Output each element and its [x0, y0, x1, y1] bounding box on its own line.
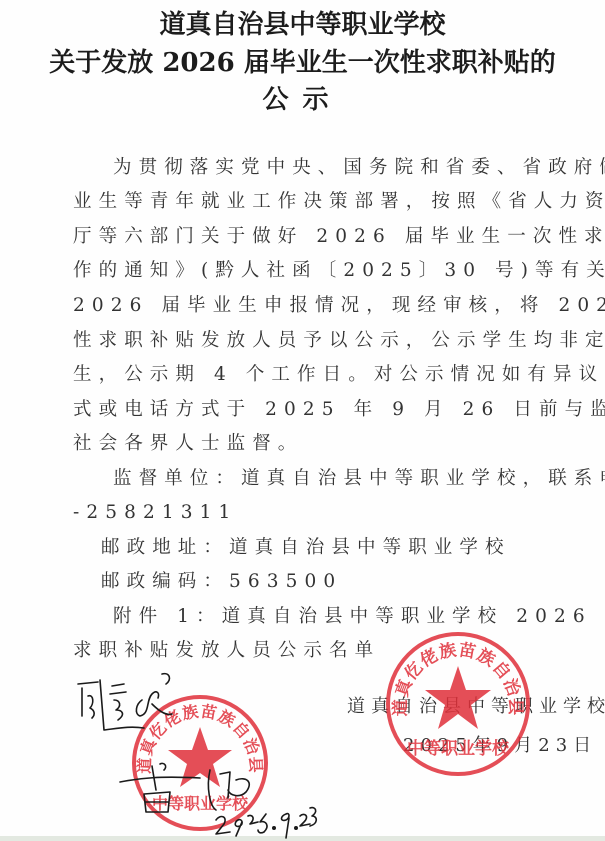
- body-line: 社会各界人士监督。: [73, 432, 543, 456]
- document-page: 道真自治县中等职业学校 关于发放 2026 届毕业生一次性求职补贴的 公示 为贯…: [0, 0, 605, 836]
- title-line-3: 公示: [0, 85, 605, 115]
- supervisor-phone-line: -25821311: [73, 501, 543, 525]
- supervisor-line: 监督单位：道真自治县中等职业学校，联系电话：0851: [113, 467, 583, 491]
- body-line: 作的通知》(黔人社函〔2025〕30 号)等有关要求，结合我校: [73, 259, 543, 283]
- body-line: 为贯彻落实党中央、国务院和省委、省政府做好高校毕: [113, 156, 583, 180]
- title-line-1: 道真自治县中等职业学校: [0, 10, 605, 40]
- body-line: 业生等青年就业工作决策部署，按照《省人力资源社会保障: [73, 190, 543, 214]
- title-line-2: 关于发放 2026 届毕业生一次性求职补贴的: [0, 48, 605, 78]
- official-stamp-icon: 道真仡佬族苗族自治县 中等职业学校: [384, 630, 532, 778]
- body-line: 2026 届毕业生申报情况，现经审核，将 2026 届毕业生一次: [73, 294, 543, 318]
- body-line: 式或电话方式于 2025 年 9 月 26 日前与监督单位联系，欢迎: [73, 398, 543, 422]
- svg-text:中等职业学校: 中等职业学校: [407, 738, 510, 759]
- handwritten-signature-icon: [60, 670, 320, 840]
- body-line: 生，公示期 4 个工作日。对公示情况如有异议，请以书面形: [73, 363, 543, 387]
- postal-address: 邮政地址：道真自治县中等职业学校: [101, 536, 571, 560]
- attachment-line: 附件 1：道真自治县中等职业学校 2026 届毕业生一次性: [113, 605, 583, 629]
- body-line: 性求职补贴发放人员予以公示，公示学生均非定向培养毕业: [73, 329, 543, 353]
- postal-code: 邮政编码：563500: [101, 570, 571, 594]
- body-line: 厅等六部门关于做好 2026 届毕业生一次性求职补贴发放工: [73, 225, 543, 249]
